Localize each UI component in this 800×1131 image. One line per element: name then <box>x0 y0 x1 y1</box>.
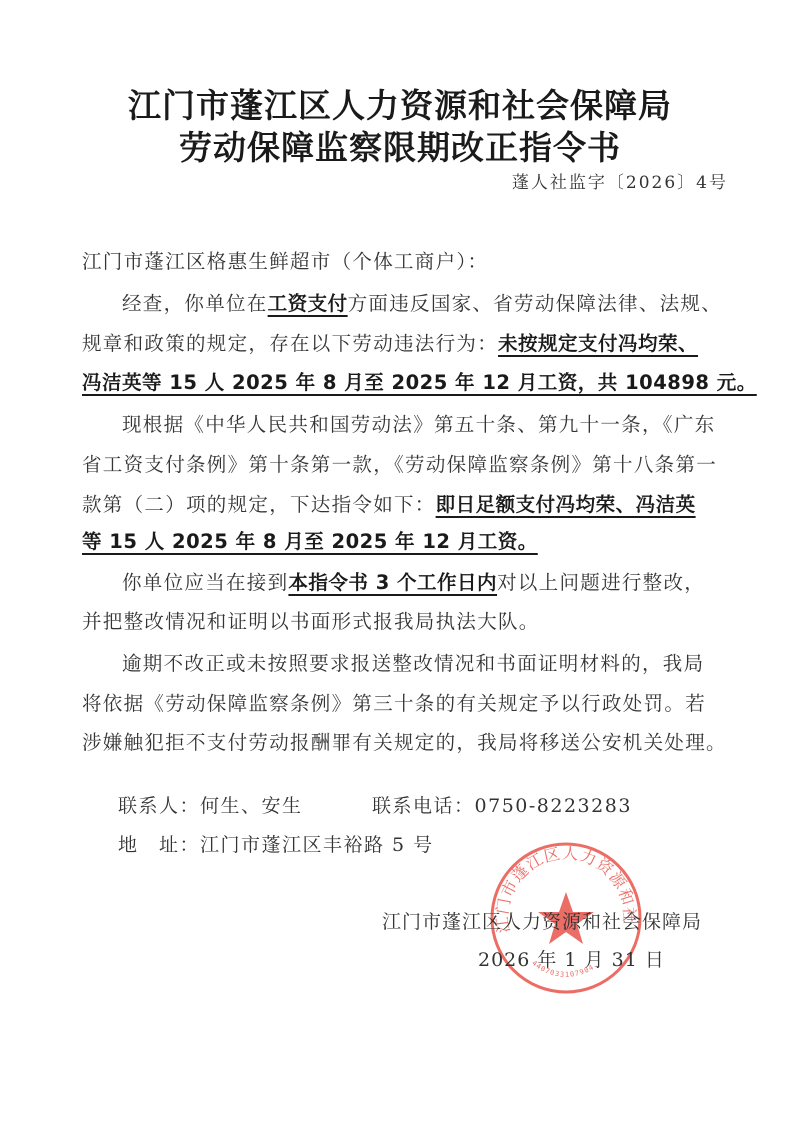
text: 规章和政策的规定，存在以下劳动违法行为： <box>82 332 498 355</box>
contact-phone-value: 0750-8223283 <box>475 795 632 817</box>
document-title-line2: 劳动保障监察限期改正指令书 <box>0 122 800 169</box>
document-title-line1: 江门市蓬江区人力资源和社会保障局 <box>0 80 800 127</box>
text: 经查，你单位在 <box>122 292 268 315</box>
contact-address-label: 地 址： <box>118 834 200 856</box>
signature-date: 2026 年 1 月 31 日 <box>478 945 665 972</box>
paragraph-1-line-3: 冯洁英等 15 人 2025 年 8 月至 2025 年 12 月工资，共 10… <box>82 367 732 395</box>
contact-person-value: 何生、安生 <box>200 795 303 817</box>
paragraph-2-line-4: 等 15 人 2025 年 8 月至 2025 年 12 月工资。 <box>82 526 732 554</box>
emphasis-violation: 未按规定支付冯均荣、 <box>498 332 698 355</box>
emphasis-violation-amount: 冯洁英等 15 人 2025 年 8 月至 2025 年 12 月工资，共 10… <box>82 371 757 394</box>
paragraph-1-line-2: 规章和政策的规定，存在以下劳动违法行为：未按规定支付冯均荣、 <box>82 328 732 356</box>
paragraph-2-line-1: 现根据《中华人民共和国劳动法》第五十条、第九十一条，《广东 <box>82 409 732 437</box>
emphasis-order: 即日足额支付冯均荣、冯洁英 <box>436 493 696 516</box>
emphasis-wage-payment: 工资支付 <box>268 292 348 315</box>
contact-phone-label: 联系电话： <box>372 795 475 817</box>
paragraph-2-line-3: 款第（二）项的规定，下达指令如下：即日足额支付冯均荣、冯洁英 <box>82 489 732 517</box>
paragraph-3-line-1: 你单位应当在接到本指令书 3 个工作日内对以上问题进行整改， <box>82 567 732 595</box>
paragraph-2-line-2: 省工资支付条例》第十条第一款，《劳动保障监察条例》第十八条第一 <box>82 449 732 477</box>
contact-address-value: 江门市蓬江区丰裕路 5 号 <box>200 834 434 856</box>
recipient: 江门市蓬江区格惠生鲜超市（个体工商户）： <box>82 246 732 274</box>
emphasis-deadline: 本指令书 3 个工作日内 <box>288 571 497 594</box>
paragraph-3-line-2: 并把整改情况和证明以书面形式报我局执法大队。 <box>82 606 732 634</box>
text: 方面违反国家、省劳动保障法律、法规、 <box>348 292 722 315</box>
contact-person: 联系人：何生、安生 <box>118 791 303 818</box>
contact-address: 地 址：江门市蓬江区丰裕路 5 号 <box>118 830 434 857</box>
contact-person-label: 联系人： <box>118 795 200 817</box>
document-page: 江门市蓬江区人力资源和社会保障局 劳动保障监察限期改正指令书 蓬人社监字〔202… <box>0 0 800 1131</box>
text: 你单位应当在接到 <box>122 571 288 594</box>
contact-phone: 联系电话：0750-8223283 <box>372 791 632 818</box>
paragraph-4-line-2: 将依据《劳动保障监察条例》第三十条的有关规定予以行政处罚。若 <box>82 688 732 716</box>
signature-organization: 江门市蓬江区人力资源和社会保障局 <box>382 907 702 934</box>
paragraph-1-line-1: 经查，你单位在工资支付方面违反国家、省劳动保障法律、法规、 <box>82 288 732 316</box>
paragraph-4-line-1: 逾期不改正或未按照要求报送整改情况和书面证明材料的，我局 <box>82 648 732 676</box>
text: 款第（二）项的规定，下达指令如下： <box>82 493 436 516</box>
document-number: 蓬人社监字〔2026〕4号 <box>512 168 728 193</box>
text: 对以上问题进行整改， <box>497 571 705 594</box>
emphasis-order-period: 等 15 人 2025 年 8 月至 2025 年 12 月工资。 <box>82 530 538 553</box>
paragraph-4-line-3: 涉嫌触犯拒不支付劳动报酬罪有关规定的，我局将移送公安机关处理。 <box>82 727 732 755</box>
